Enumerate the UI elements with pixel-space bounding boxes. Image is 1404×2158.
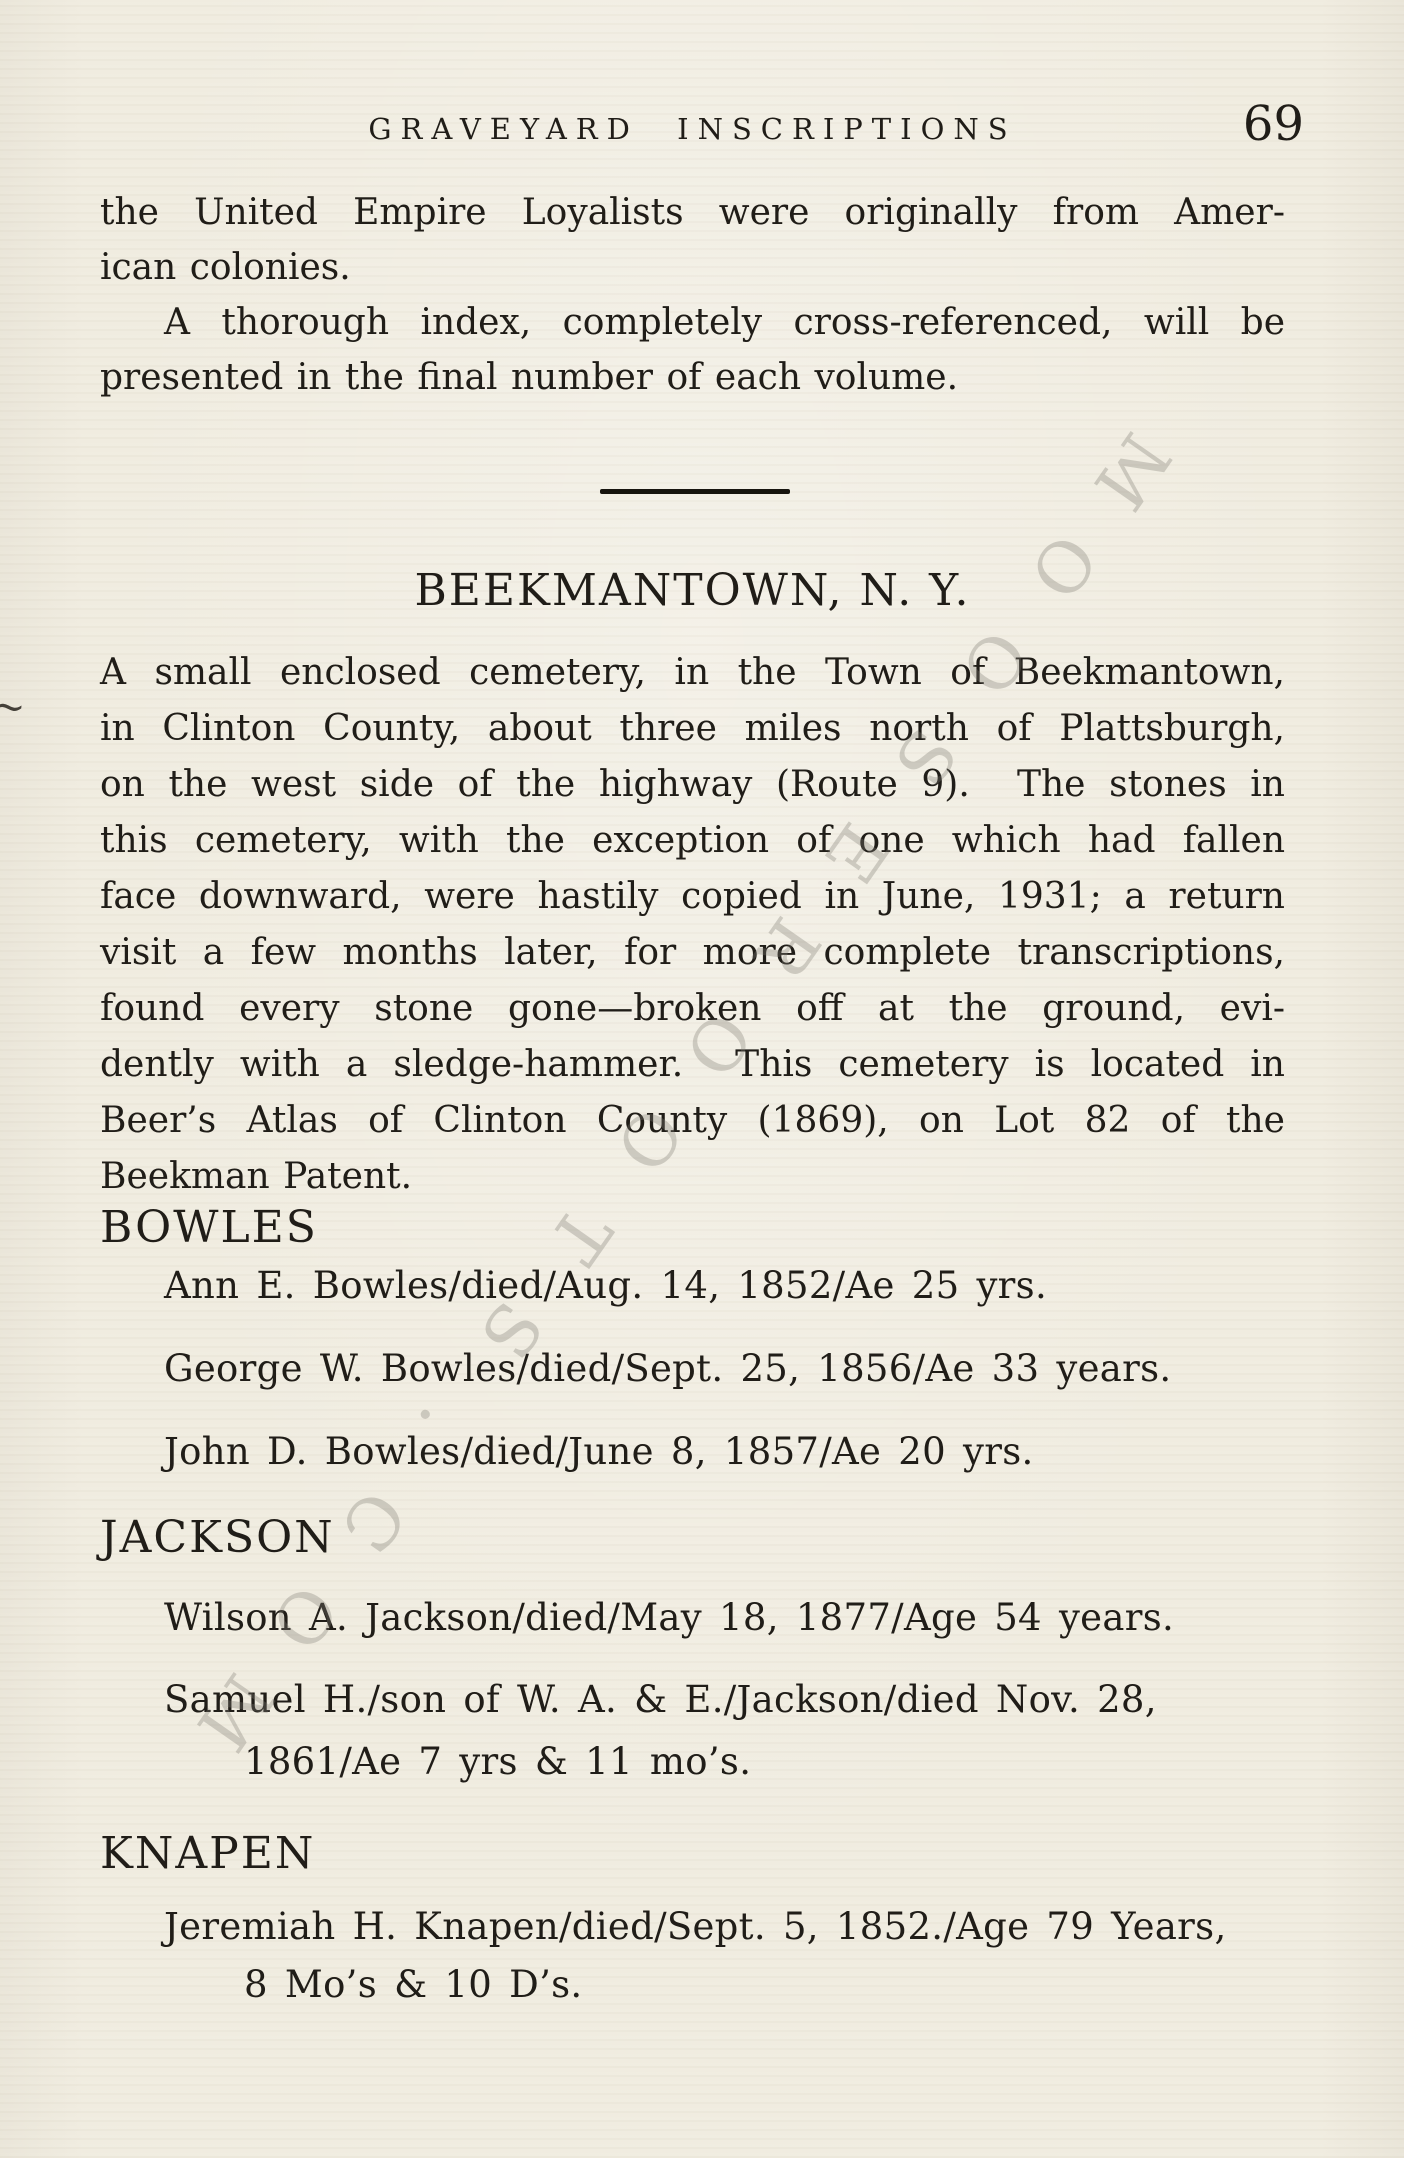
text-line: ican colonies.: [100, 240, 1285, 295]
text-line: found every stone gone—broken off at the…: [100, 981, 1285, 1037]
inscription-line: John D. Bowles/died/June 8, 1857/Ae 20 y…: [164, 1430, 1034, 1473]
section-heading-beekmantown: BEEKMANTOWN, N. Y.: [100, 565, 1285, 616]
watermark-letter: M: [1078, 418, 1186, 524]
surname-heading: BOWLES: [100, 1202, 318, 1253]
inscription-line: Ann E. Bowles/died/Aug. 14, 1852/Ae 25 y…: [164, 1264, 1047, 1307]
surname-heading: KNAPEN: [100, 1828, 315, 1879]
paragraph-index-note: A thorough index, completely cross-refer…: [100, 295, 1285, 405]
running-title: GRAVEYARD INSCRIPTIONS: [100, 112, 1285, 146]
inscription-line: 1861/Ae 7 yrs & 11 mo’s.: [244, 1740, 751, 1783]
inscription-line: 8 Mo’s & 10 D’s.: [244, 1963, 583, 2006]
text-line: dently with a sledge-hammer. This cemete…: [100, 1037, 1285, 1093]
text-line: A small enclosed cemetery, in the Town o…: [100, 645, 1285, 701]
text-line: in Clinton County, about three miles nor…: [100, 701, 1285, 757]
page-number: 69: [1243, 96, 1304, 152]
inscription-line: Samuel H./son of W. A. & E./Jackson/died…: [164, 1678, 1157, 1721]
paragraph-loyalists: the United Empire Loyalists were origina…: [100, 185, 1285, 295]
surname-heading: JACKSON: [100, 1512, 335, 1563]
watermark-letter: C: [324, 1476, 422, 1567]
text-line: this cemetery, with the exception of one…: [100, 813, 1285, 869]
inscription-line: George W. Bowles/died/Sept. 25, 1856/Ae …: [164, 1347, 1172, 1390]
inscription-line: Jeremiah H. Knapen/died/Sept. 5, 1852./A…: [164, 1905, 1227, 1948]
text-line: presented in the final number of each vo…: [100, 350, 1285, 405]
text-line: Beekman Patent.: [100, 1149, 1285, 1205]
text-line: on the west side of the highway (Route 9…: [100, 757, 1285, 813]
book-page: GRAVEYARD INSCRIPTIONS 69 the United Emp…: [0, 0, 1404, 2158]
text-line: face downward, were hastily copied in Ju…: [100, 869, 1285, 925]
text-line: the United Empire Loyalists were origina…: [100, 185, 1285, 240]
text-line: visit a few months later, for more compl…: [100, 925, 1285, 981]
paragraph-cemetery-description: A small enclosed cemetery, in the Town o…: [100, 645, 1285, 1205]
section-divider-rule: [600, 489, 790, 494]
page-edge-mark: ~: [0, 682, 28, 731]
text-line: A thorough index, completely cross-refer…: [100, 295, 1285, 350]
inscription-line: Wilson A. Jackson/died/May 18, 1877/Age …: [164, 1596, 1174, 1639]
text-line: Beer’s Atlas of Clinton County (1869), o…: [100, 1093, 1285, 1149]
